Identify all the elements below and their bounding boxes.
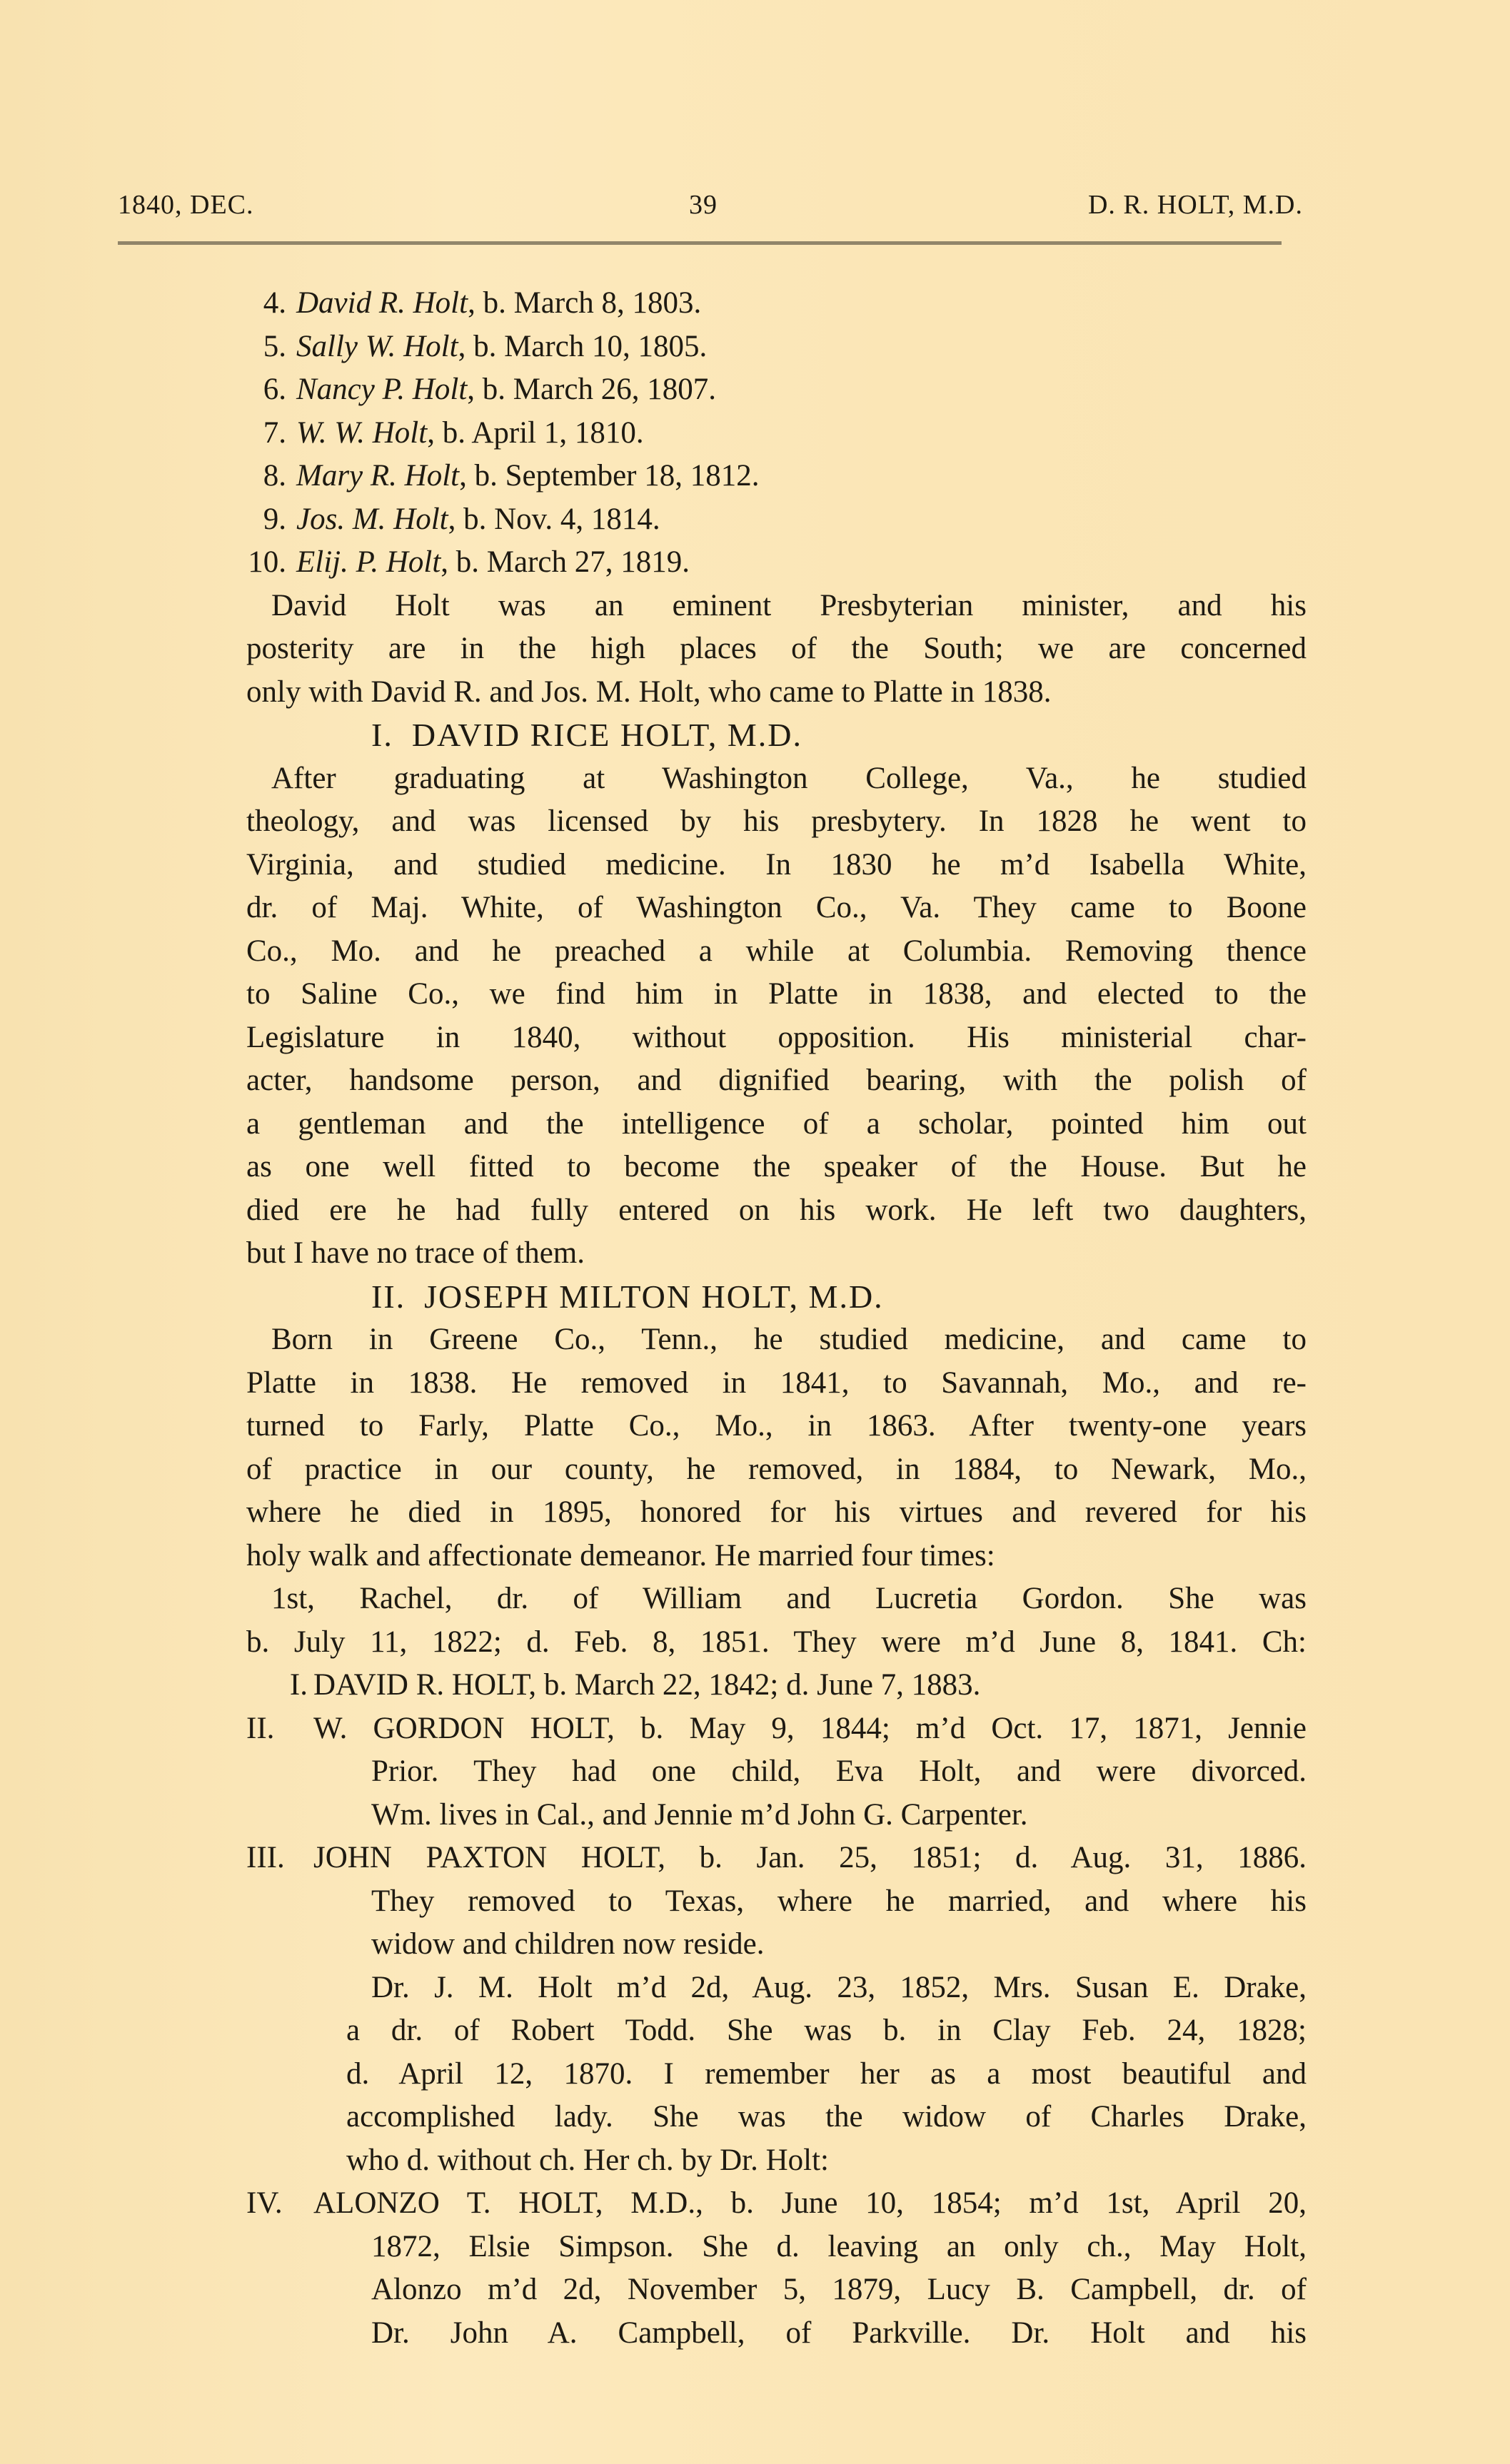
running-head-subject: D. R. HOLT, M.D. <box>1088 189 1303 221</box>
text-line: of practice in our county, he removed, i… <box>246 1448 1307 1492</box>
roman-numeral: IV. <box>246 2182 308 2226</box>
child-entry: III.JOHN PAXTON HOLT, b. Jan. 25, 1851; … <box>246 1837 1307 1880</box>
text-line: Co., Mo. and he preached a while at Colu… <box>246 930 1307 974</box>
list-item: 5.Sally W. Holt, b. March 10, 1805. <box>246 325 1307 369</box>
roman-numeral: III. <box>246 1837 308 1880</box>
text-line: theology, and was licensed by his presby… <box>246 800 1307 844</box>
roman-numeral: I. <box>246 1664 308 1707</box>
text-line: Virginia, and studied medicine. In 1830 … <box>246 844 1307 887</box>
second-marriage-paragraph: Dr. J. M. Holt m’d 2d, Aug. 23, 1852, Mr… <box>246 1966 1307 2183</box>
text-line: Born in Greene Co., Tenn., he studied me… <box>246 1318 1307 1362</box>
person-name: David R. Holt <box>296 286 468 320</box>
text-line: died ere he had fully entered on his wor… <box>246 1189 1307 1233</box>
text-line: posterity are in the high places of the … <box>246 627 1307 671</box>
text-line: turned to Farly, Platte Co., Mo., in 186… <box>246 1405 1307 1448</box>
text-line: They removed to Texas, where he married,… <box>246 1880 1307 1924</box>
text-line: b. July 11, 1822; d. Feb. 8, 1851. They … <box>246 1621 1307 1665</box>
person-name: Elij. P. Holt <box>296 545 441 579</box>
text-line: dr. of Maj. White, of Washington Co., Va… <box>246 887 1307 930</box>
child-entry: I.DAVID R. HOLT, b. March 22, 1842; d. J… <box>246 1664 1307 1707</box>
text-line: David Holt was an eminent Presbyterian m… <box>246 585 1307 628</box>
text-line: as one well fitted to become the speaker… <box>246 1146 1307 1189</box>
roman-numeral: II. <box>246 1707 308 1751</box>
page-number: 39 <box>689 189 718 221</box>
person-name: Nancy P. Holt <box>296 373 467 406</box>
text-line: to Saline Co., we find him in Platte in … <box>246 973 1307 1016</box>
text-line: a dr. of Robert Todd. She was b. in Clay… <box>346 2009 1307 2053</box>
intro-paragraph: David Holt was an eminent Presbyterian m… <box>246 585 1307 715</box>
child-entry: II.W. GORDON HOLT, b. May 9, 1844; m’d O… <box>246 1707 1307 1751</box>
text-line: 1872, Elsie Simpson. She d. leaving an o… <box>246 2226 1307 2269</box>
text-line: Platte in 1838. He removed in 1841, to S… <box>246 1362 1307 1405</box>
text-line: only with David R. and Jos. M. Holt, who… <box>246 671 1307 715</box>
text-line: but I have no trace of them. <box>246 1232 1307 1276</box>
person-name: W. W. Holt <box>296 416 427 450</box>
text-line: acter, handsome person, and dignified be… <box>246 1059 1307 1103</box>
text-line: holy walk and affectionate demeanor. He … <box>246 1535 1307 1578</box>
children-list-second-marriage: IV.ALONZO T. HOLT, M.D., b. June 10, 185… <box>246 2182 1307 2355</box>
text-line: Wm. lives in Cal., and Jennie m’d John G… <box>246 1794 1307 1837</box>
section-joseph-milton-holt: II.JOSEPH MILTON HOLT, M.D. Born in Gree… <box>246 1276 1307 2356</box>
text-line: Prior. They had one child, Eva Holt, and… <box>246 1750 1307 1794</box>
children-list-first-marriage: I.DAVID R. HOLT, b. March 22, 1842; d. J… <box>246 1664 1307 1966</box>
text-line: 1st, Rachel, dr. of William and Lucretia… <box>246 1577 1307 1621</box>
running-head: 1840, DEC. 39 D. R. HOLT, M.D. <box>118 189 1303 232</box>
person-name: Sally W. Holt <box>296 330 458 363</box>
section-heading: II.JOSEPH MILTON HOLT, M.D. <box>246 1276 1307 1319</box>
list-item: 9.Jos. M. Holt, b. Nov. 4, 1814. <box>246 498 1307 542</box>
genealogy-list: 4.David R. Holt, b. March 8, 1803. 5.Sal… <box>246 282 1307 585</box>
list-item: 7.W. W. Holt, b. April 1, 1810. <box>246 412 1307 455</box>
list-item: 10.Elij. P. Holt, b. March 27, 1819. <box>246 541 1307 585</box>
text-line: After graduating at Washington College, … <box>246 757 1307 801</box>
section-heading: I.DAVID RICE HOLT, M.D. <box>246 714 1307 757</box>
text-line: a gentleman and the intelligence of a sc… <box>246 1103 1307 1146</box>
text-line: widow and children now reside. <box>246 1923 1307 1966</box>
running-head-date: 1840, DEC. <box>118 189 254 221</box>
person-name: Jos. M. Holt <box>296 503 448 536</box>
list-item: 4.David R. Holt, b. March 8, 1803. <box>246 282 1307 325</box>
text-line: Dr. J. M. Holt m’d 2d, Aug. 23, 1852, Mr… <box>346 1966 1307 2010</box>
person-name: Mary R. Holt <box>296 459 459 493</box>
text-line: where he died in 1895, honored for his v… <box>246 1491 1307 1535</box>
text-line: Alonzo m’d 2d, November 5, 1879, Lucy B.… <box>246 2268 1307 2312</box>
text-line: accomplished lady. She was the widow of … <box>346 2096 1307 2139</box>
list-item: 8.Mary R. Holt, b. September 18, 1812. <box>246 455 1307 498</box>
text-line: d. April 12, 1870. I remember her as a m… <box>346 2053 1307 2096</box>
page-body: 4.David R. Holt, b. March 8, 1803. 5.Sal… <box>246 282 1307 2355</box>
text-line: who d. without ch. Her ch. by Dr. Holt: <box>346 2139 1307 2183</box>
book-page: 1840, DEC. 39 D. R. HOLT, M.D. 4.David R… <box>0 0 1510 2464</box>
section-david-rice-holt: I.DAVID RICE HOLT, M.D. After graduating… <box>246 714 1307 1276</box>
text-line: Legislature in 1840, without opposition.… <box>246 1016 1307 1060</box>
text-line: Dr. John A. Campbell, of Parkville. Dr. … <box>246 2312 1307 2356</box>
list-item: 6.Nancy P. Holt, b. March 26, 1807. <box>246 368 1307 412</box>
header-rule <box>118 241 1282 245</box>
child-entry: IV.ALONZO T. HOLT, M.D., b. June 10, 185… <box>246 2182 1307 2226</box>
